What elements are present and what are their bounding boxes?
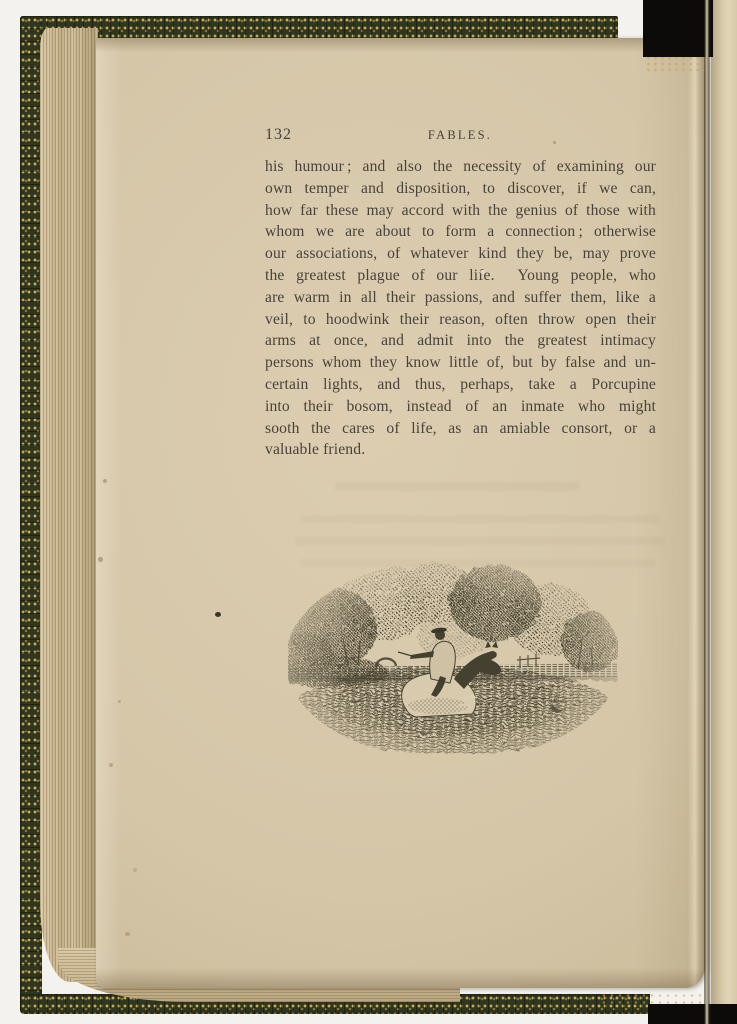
- body-line: arms at once, and admit into the greates…: [265, 330, 656, 352]
- foxing-spot: [109, 763, 113, 767]
- body-line: the greatest plague of our life. Young p…: [265, 265, 656, 287]
- body-text: his humour ; and also the necessity of e…: [265, 156, 656, 461]
- foxing-spot: [133, 868, 137, 872]
- body-line: veil, to hoodwink their reason, often th…: [265, 309, 656, 331]
- paper-fleck: [480, 270, 485, 274]
- background-object-bottom-right: [648, 1004, 737, 1024]
- body-line: are warm in all their passions, and suff…: [265, 287, 656, 309]
- facing-page-edge: [711, 0, 737, 1024]
- body-line: valuable friend.: [265, 439, 656, 461]
- body-line: into their bosom, instead of an inmate w…: [265, 396, 656, 418]
- foxing-spot: [553, 141, 556, 144]
- page-edge-highlight: [704, 0, 711, 1024]
- cover-edge-top: [20, 16, 618, 40]
- body-line: persons whom they know little of, but by…: [265, 352, 656, 374]
- body-line: whom we are about to form a connection ;…: [265, 221, 656, 243]
- foxing-spot: [118, 700, 121, 703]
- body-line: our associations, of whatever kind they …: [265, 243, 656, 265]
- book-page: 132 FABLES. his humour ; and also the ne…: [96, 38, 706, 988]
- running-title: FABLES.: [329, 128, 591, 143]
- show-through-line: [295, 537, 665, 545]
- ink-spot: [215, 612, 221, 617]
- cover-edge-left: [20, 16, 42, 1012]
- page-number: 132: [265, 126, 329, 144]
- background-object-top-right: [643, 0, 713, 57]
- foxing-spot: [98, 557, 103, 562]
- page-header: 132 FABLES.: [265, 126, 655, 144]
- body-line: his humour ; and also the necessity of e…: [265, 156, 656, 178]
- photo-of-open-book: 132 FABLES. his humour ; and also the ne…: [0, 0, 737, 1024]
- illustration-engraving: [288, 560, 618, 755]
- foxing-spot: [103, 479, 107, 483]
- body-line: certain lights, and thus, perhaps, take …: [265, 374, 656, 396]
- body-line: own temper and disposition, to discover,…: [265, 178, 656, 200]
- show-through-title: [335, 482, 580, 491]
- cover-edge-fragment-top-right: [645, 55, 709, 72]
- foxing-spot: [125, 932, 130, 936]
- show-through-line: [300, 515, 660, 523]
- body-line: sooth the cares of life, as an amiable c…: [265, 418, 656, 440]
- page-stack-fore-edge: [40, 28, 98, 982]
- body-line: how far these may accord with the genius…: [265, 200, 656, 222]
